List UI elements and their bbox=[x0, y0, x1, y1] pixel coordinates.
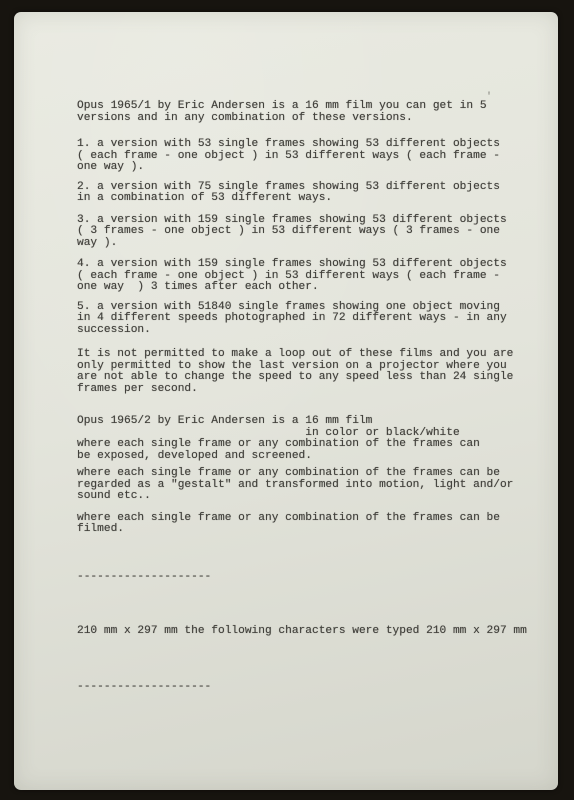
version-4-paragraph: 4. a version with 159 single frames show… bbox=[77, 259, 530, 294]
version-2-paragraph: 2. a version with 75 single frames showi… bbox=[77, 182, 530, 205]
typewritten-text-block: Opus 1965/1 by Eric Andersen is a 16 mm … bbox=[77, 101, 530, 693]
projection-restriction-paragraph: It is not permitted to make a loop out o… bbox=[77, 349, 530, 395]
version-3-paragraph: 3. a version with 159 single frames show… bbox=[77, 215, 530, 250]
filmed-paragraph: where each single frame or any combinati… bbox=[77, 513, 530, 536]
opus-1965-2-intro-paragraph: Opus 1965/2 by Eric Andersen is a 16 mm … bbox=[77, 416, 530, 462]
opus-1965-1-intro-paragraph: Opus 1965/1 by Eric Andersen is a 16 mm … bbox=[77, 101, 530, 124]
typed-dimensions-line: 210 mm x 297 mm the following characters… bbox=[77, 626, 530, 638]
dashed-separator-bottom: -------------------- bbox=[77, 682, 530, 694]
version-5-paragraph: 5. a version with 51840 single frames sh… bbox=[77, 302, 530, 337]
document-paper: ' Opus 1965/1 by Eric Andersen is a 16 m… bbox=[14, 12, 558, 790]
dashed-separator-top: -------------------- bbox=[77, 572, 530, 584]
version-1-paragraph: 1. a version with 53 single frames showi… bbox=[77, 139, 530, 174]
gestalt-paragraph: where each single frame or any combinati… bbox=[77, 468, 530, 503]
